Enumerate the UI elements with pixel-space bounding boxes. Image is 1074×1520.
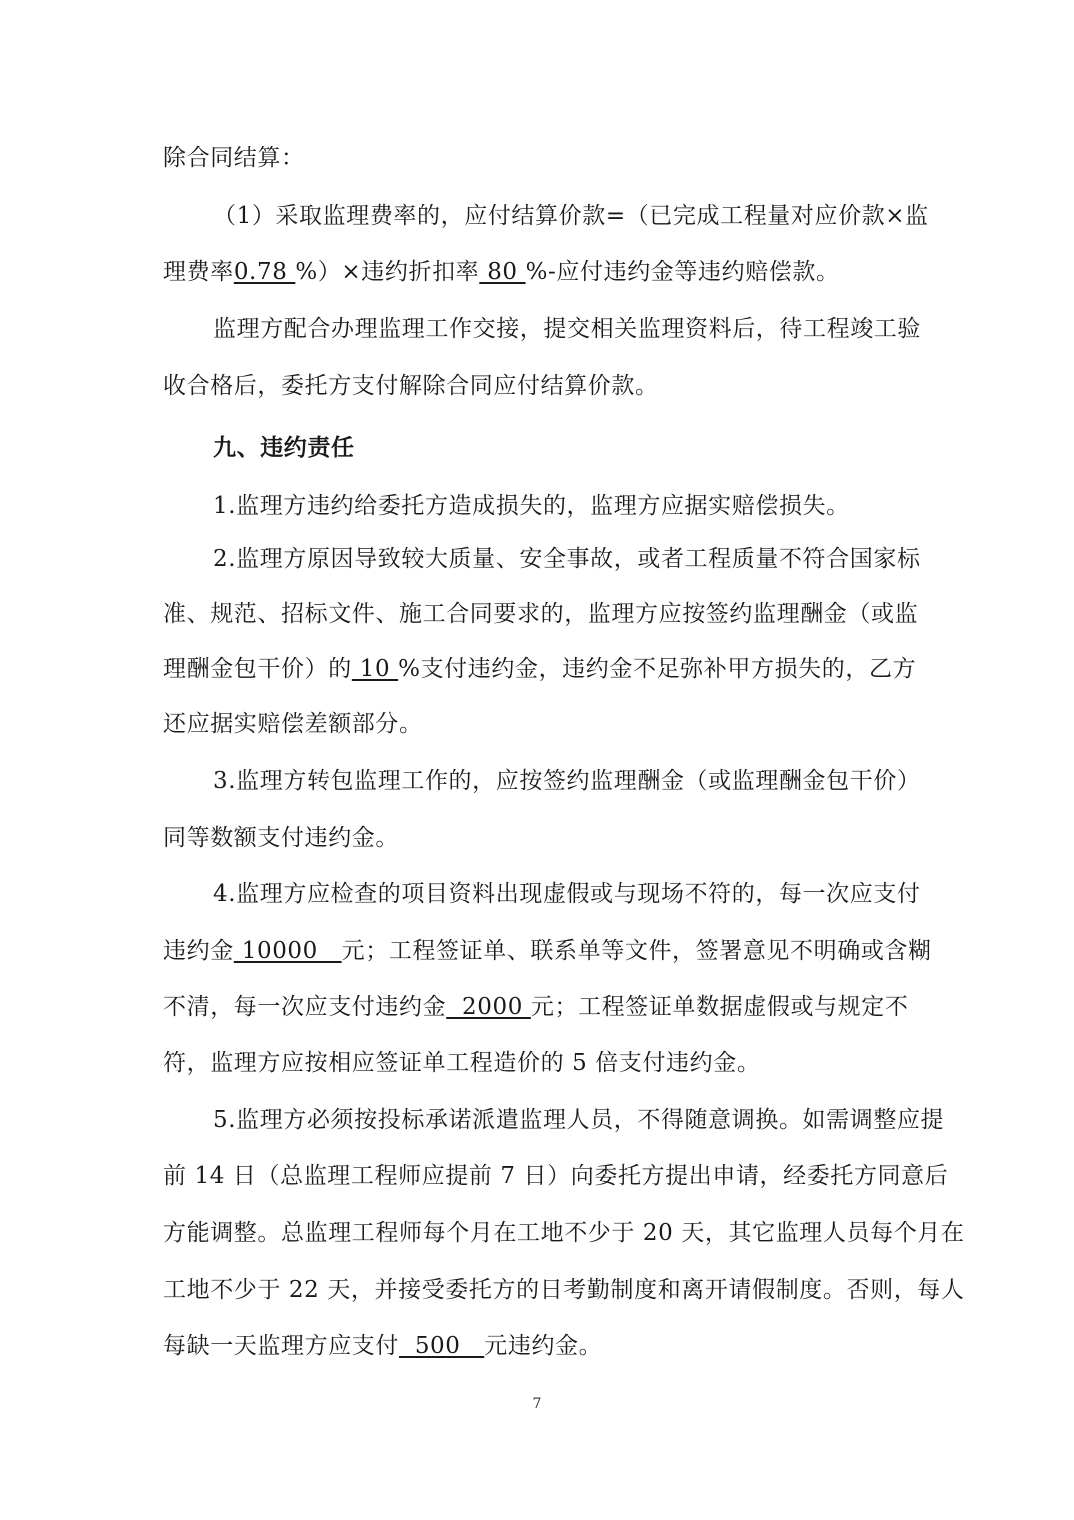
text: %支付违约金，违约金不足弥补甲方损失的，乙方 [398,656,916,682]
text: 3.监理方转包监理工作的，应按签约监理酬金（或监理酬金包干价） [213,768,921,794]
clause-4-line: 符，监理方应按相应签证单工程造价的 5 倍支付违约金。 [163,1047,963,1079]
clause-5-line: 每缺一天监理方应支付 500 元违约金。 [163,1330,963,1362]
text: 工地不少于 22 天，并接受委托方的日考勤制度和离开请假制度。否则，每人 [163,1277,965,1303]
clause-5-line: 方能调整。总监理工程师每个月在工地不少于 20 天，其它监理人员每个月在 [163,1217,963,1249]
page-number: 7 [0,1396,1074,1412]
discount-rate-blank: 80 [479,256,525,288]
text: 符，监理方应按相应签证单工程造价的 5 倍支付违约金。 [163,1050,760,1076]
falsified-records-fine-blank: 10000 [234,935,342,967]
text: 前 14 日（总监理工程师应提前 7 日）向委托方提出申请，经委托方同意后 [163,1163,948,1189]
text: 2.监理方原因导致较大质量、安全事故，或者工程质量不符合国家标 [213,546,921,572]
clause-1: 1.监理方违约给委托方造成损失的，监理方应据实赔偿损失。 [213,490,1013,522]
fee-rate-blank: 0.78 [234,256,296,288]
text: （1）采取监理费率的，应付结算价款=（已完成工程量对应价款×监 [213,203,929,229]
penalty-percent-blank: 10 [352,653,398,685]
document-page: 除合同结算： （1）采取监理费率的，应付结算价款=（已完成工程量对应价款×监 理… [0,0,1074,1520]
paragraph-line: 收合格后，委托方支付解除合同应付结算价款。 [163,370,963,402]
text: 理费率 [163,259,234,285]
absence-fine-blank: 500 [399,1330,484,1362]
clause-2: 2.监理方原因导致较大质量、安全事故，或者工程质量不符合国家标 [213,543,1013,575]
text: 不清，每一次应支付违约金 [163,994,446,1020]
text: 元；工程签证单、联系单等文件，签署意见不明确或含糊 [342,938,932,964]
text: 同等数额支付违约金。 [163,825,399,851]
text: 收合格后，委托方支付解除合同应付结算价款。 [163,373,659,399]
section-heading: 九、违约责任 [213,432,1013,464]
text: 方能调整。总监理工程师每个月在工地不少于 20 天，其它监理人员每个月在 [163,1220,965,1246]
text: %-应付违约金等违约赔偿款。 [526,259,840,285]
text: 违约金 [163,938,234,964]
clause-4-line: 违约金 10000 元；工程签证单、联系单等文件，签署意见不明确或含糊 [163,935,963,967]
clause-5-line: 前 14 日（总监理工程师应提前 7 日）向委托方提出申请，经委托方同意后 [163,1160,963,1192]
clause-3-line: 同等数额支付违约金。 [163,822,963,854]
text: 1.监理方违约给委托方造成损失的，监理方应据实赔偿损失。 [213,493,850,519]
text: 准、规范、招标文件、施工合同要求的，监理方应按签约监理酬金（或监 [163,601,918,627]
text: 5.监理方必须按投标承诺派遣监理人员，不得随意调换。如需调整应提 [213,1107,944,1133]
heading-text: 九、违约责任 [213,435,355,461]
text: 每缺一天监理方应支付 [163,1333,399,1359]
paragraph-line: 监理方配合办理监理工作交接，提交相关监理资料后，待工程竣工验 [213,313,1013,345]
text: 理酬金包干价）的 [163,656,352,682]
text: 元违约金。 [484,1333,602,1359]
clause-5-line: 工地不少于 22 天，并接受委托方的日考勤制度和离开请假制度。否则，每人 [163,1274,963,1306]
clause-2-line: 理酬金包干价）的 10 %支付违约金，违约金不足弥补甲方损失的，乙方 [163,653,963,685]
clause-2-line: 还应据实赔偿差额部分。 [163,708,963,740]
unclear-signoff-fine-blank: 2000 [446,991,531,1023]
clause-4: 4.监理方应检查的项目资料出现虚假或与现场不符的，每一次应支付 [213,878,1013,910]
clause-2-line: 准、规范、招标文件、施工合同要求的，监理方应按签约监理酬金（或监 [163,598,963,630]
text: 4.监理方应检查的项目资料出现虚假或与现场不符的，每一次应支付 [213,881,921,907]
text: 还应据实赔偿差额部分。 [163,711,423,737]
text: 监理方配合办理监理工作交接，提交相关监理资料后，待工程竣工验 [213,316,921,342]
clause-5: 5.监理方必须按投标承诺派遣监理人员，不得随意调换。如需调整应提 [213,1104,1013,1136]
clause-3: 3.监理方转包监理工作的，应按签约监理酬金（或监理酬金包干价） [213,765,1013,797]
text: 元；工程签证单数据虚假或与规定不 [531,994,909,1020]
clause-4-line: 不清，每一次应支付违约金 2000 元；工程签证单数据虚假或与规定不 [163,991,963,1023]
text: 除合同结算： [163,145,305,171]
paragraph-line: （1）采取监理费率的，应付结算价款=（已完成工程量对应价款×监 [213,200,1013,232]
paragraph-line: 理费率0.78 %）×违约折扣率 80 %-应付违约金等违约赔偿款。 [163,256,963,288]
text: %）×违约折扣率 [295,259,479,285]
paragraph-line: 除合同结算： [163,142,963,174]
